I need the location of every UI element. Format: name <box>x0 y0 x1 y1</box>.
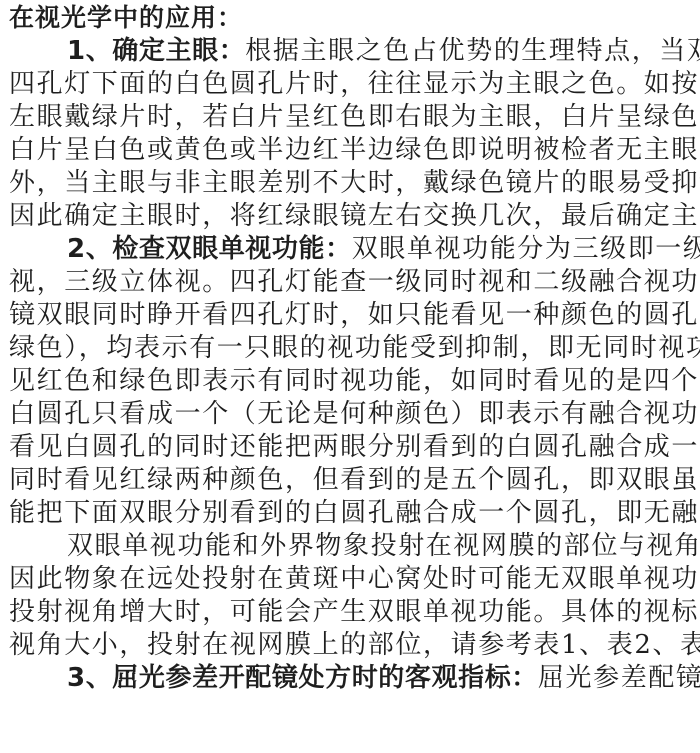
paragraph-line: 白片呈白色或黄色或半边红半边绿色即说明被检者无主眼与非主眼之分。另 <box>9 134 693 166</box>
paragraph-line: 视，三级立体视。四孔灯能查一级同时视和二级融合视功能。当配戴红绿眼 <box>9 266 693 298</box>
paragraph-line: 因此确定主眼时，将红绿眼镜左右交换几次，最后确定主眼较为准确。 <box>9 200 693 232</box>
paragraph-line: 投射视角增大时，可能会产生双眼单视功能。具体的视标大小，投射距离， <box>9 596 693 628</box>
paragraph-line: 同时看见红绿两种颜色，但看到的是五个圆孔，即双眼虽然能同时视，但不 <box>9 464 693 496</box>
paragraph-line: 白圆孔只看成一个（无论是何种颜色）即表示有融合视功能（即双眼同时 <box>9 398 693 430</box>
paragraph-text: 双眼单视功能分为三级即一级同视，二级融合 <box>352 234 700 264</box>
paragraph-line: 能把下面双眼分别看到的白圆孔融合成一个圆孔，即无融合视功能。 <box>9 497 693 529</box>
paragraph-line: 镜双眼同时睁开看四孔灯时，如只能看见一种颜色的圆孔（无论是红色或是 <box>9 299 693 331</box>
paragraph-text: 根据主眼之色占优势的生理特点，当双眼同时睁开，看 <box>245 36 700 66</box>
paragraph-line: 看见白圆孔的同时还能把两眼分别看到的白圆孔融合成一个圆孔）。虽然能 <box>9 431 693 463</box>
paragraph-line: 绿色），均表示有一只眼的视功能受到抑制，即无同时视功能。如能同时看 <box>9 332 693 364</box>
paragraph-line: 因此物象在远处投射在黄斑中心窝处时可能无双眼单视功能。当物体移近， <box>9 563 693 595</box>
paragraph-line: 外，当主眼与非主眼差别不大时，戴绿色镜片的眼易受抑制，容易看成红色， <box>9 167 693 199</box>
section-title-determine-dominant-eye: 1、确定主眼： <box>67 36 245 66</box>
document-page: 在视光学中的应用： 1、确定主眼：根据主眼之色占优势的生理特点，当双眼同时睁开，… <box>0 0 700 753</box>
section-title-anisometropia-indicators: 3、屈光参差开配镜处方时的客观指标： <box>67 663 538 693</box>
paragraph-line: 1、确定主眼：根据主眼之色占优势的生理特点，当双眼同时睁开，看 <box>9 35 700 67</box>
paragraph-text: 屈光参差配镜时究竟参差允 <box>538 663 700 693</box>
paragraph-line: 双眼单视功能和外界物象投射在视网膜的部位与视角大小有密切关系。 <box>9 530 700 562</box>
paragraph-line: 见红色和绿色即表示有同时视功能，如同时看见的是四个圆孔，即下面的 <box>9 365 693 397</box>
paragraph-line: 左眼戴绿片时，若白片呈红色即右眼为主眼，白片呈绿色即左眼为主眼。若 <box>9 101 693 133</box>
section-heading: 在视光学中的应用： <box>9 2 693 34</box>
paragraph-line: 四孔灯下面的白色圆孔片时，往往显示为主眼之色。如按常规右眼戴红片， <box>9 68 693 100</box>
paragraph-line: 视角大小，投射在视网膜上的部位，请参考表1、表2、表3及黄斑解剖图。 <box>9 629 693 661</box>
paragraph-line: 2、检查双眼单视功能：双眼单视功能分为三级即一级同视，二级融合 <box>9 233 700 265</box>
paragraph-line: 3、屈光参差开配镜处方时的客观指标：屈光参差配镜时究竟参差允 <box>9 662 700 694</box>
section-title-binocular-vision-check: 2、检查双眼单视功能： <box>67 234 352 264</box>
